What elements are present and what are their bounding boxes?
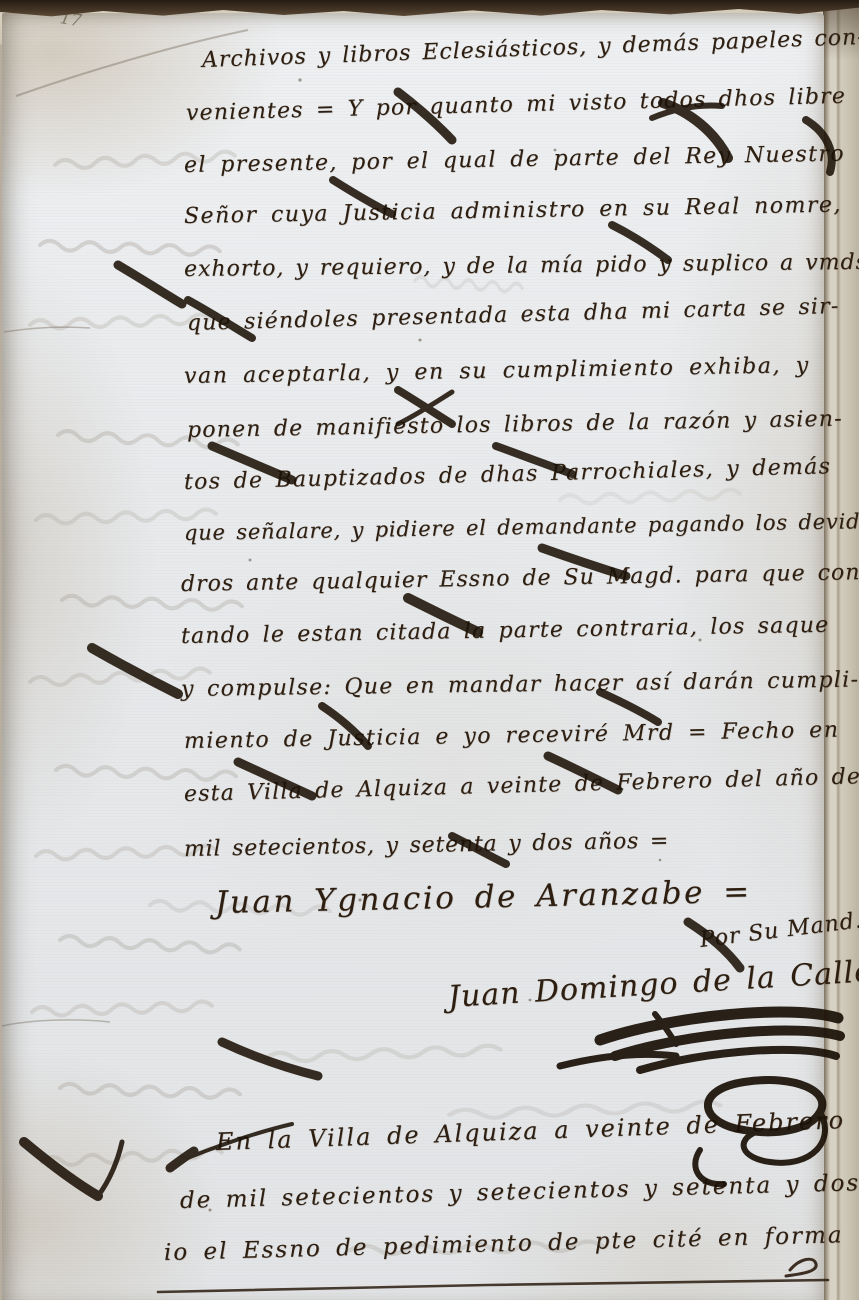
manuscript-scan: 17 Archivos y libros Eclesiásticos, y de…: [0, 0, 859, 1300]
signature-rubric: [560, 1012, 840, 1184]
margin-ink-strokes: [24, 92, 832, 1196]
ink-flourish-layer: [0, 0, 859, 1300]
closing-underline: [158, 1259, 828, 1292]
